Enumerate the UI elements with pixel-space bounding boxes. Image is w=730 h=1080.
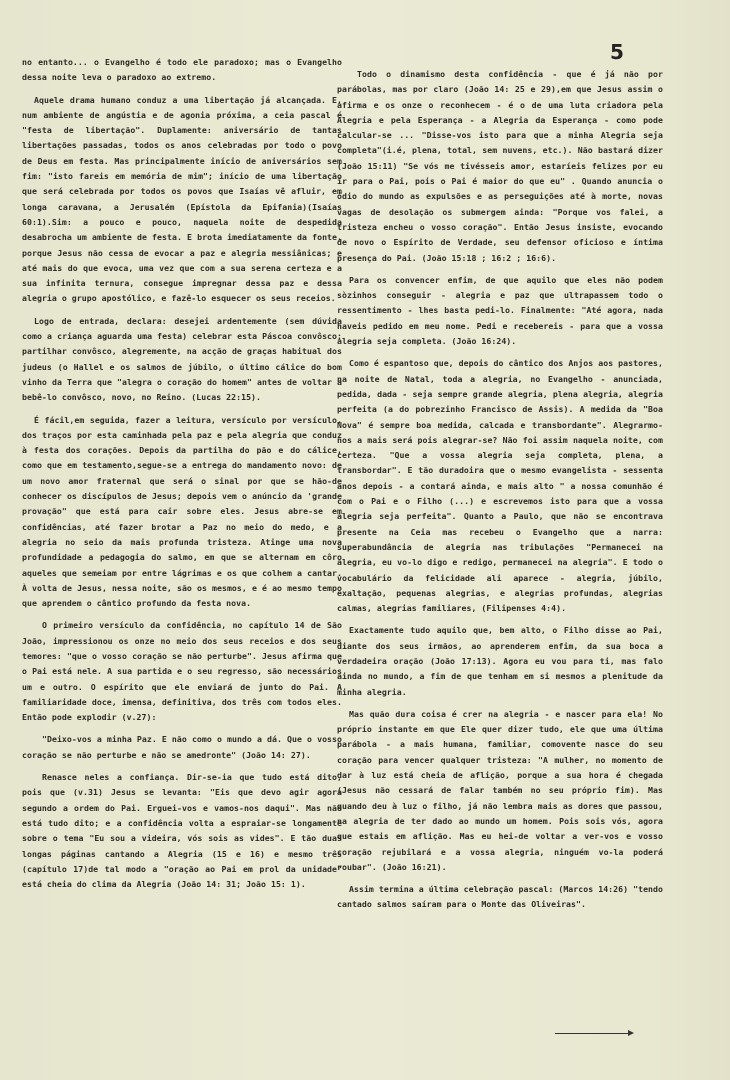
paragraph: no entanto... o Evangelho é todo ele par… xyxy=(22,55,342,86)
quotation: "Deixo-vos a minha Paz. E não como o mun… xyxy=(22,732,342,763)
paragraph: É fácil,em seguida, fazer a leitura, ver… xyxy=(22,413,342,612)
paragraph: Todo o dinamismo desta confidência - que… xyxy=(337,67,663,266)
paragraph: Assim termina a última celebração pascal… xyxy=(337,882,663,913)
typewritten-page: 5 no entanto... o Evangelho é todo ele p… xyxy=(0,0,730,1080)
paragraph: Aquele drama humano conduz a uma liberta… xyxy=(22,93,342,307)
paragraph: Renasce neles a confiança. Dir-se-ia que… xyxy=(22,770,342,892)
paragraph: Mas quão dura coisa é crer na alegria - … xyxy=(337,707,663,875)
page-number: 5 xyxy=(610,40,624,64)
paragraph: Para os convencer enfim, de que aquilo q… xyxy=(337,273,663,349)
left-column: no entanto... o Evangelho é todo ele par… xyxy=(22,55,342,899)
right-column: Todo o dinamismo desta confidência - que… xyxy=(337,67,663,920)
paragraph: O primeiro versículo da confidência, no … xyxy=(22,618,342,725)
paragraph: Como é espantoso que, depois do cântico … xyxy=(337,356,663,616)
paragraph: Logo de entrada, declara: desejei ardent… xyxy=(22,314,342,406)
paragraph: Exactamente tudo aquilo que, bem alto, o… xyxy=(337,623,663,699)
continuation-arrow-icon xyxy=(555,1033,630,1036)
